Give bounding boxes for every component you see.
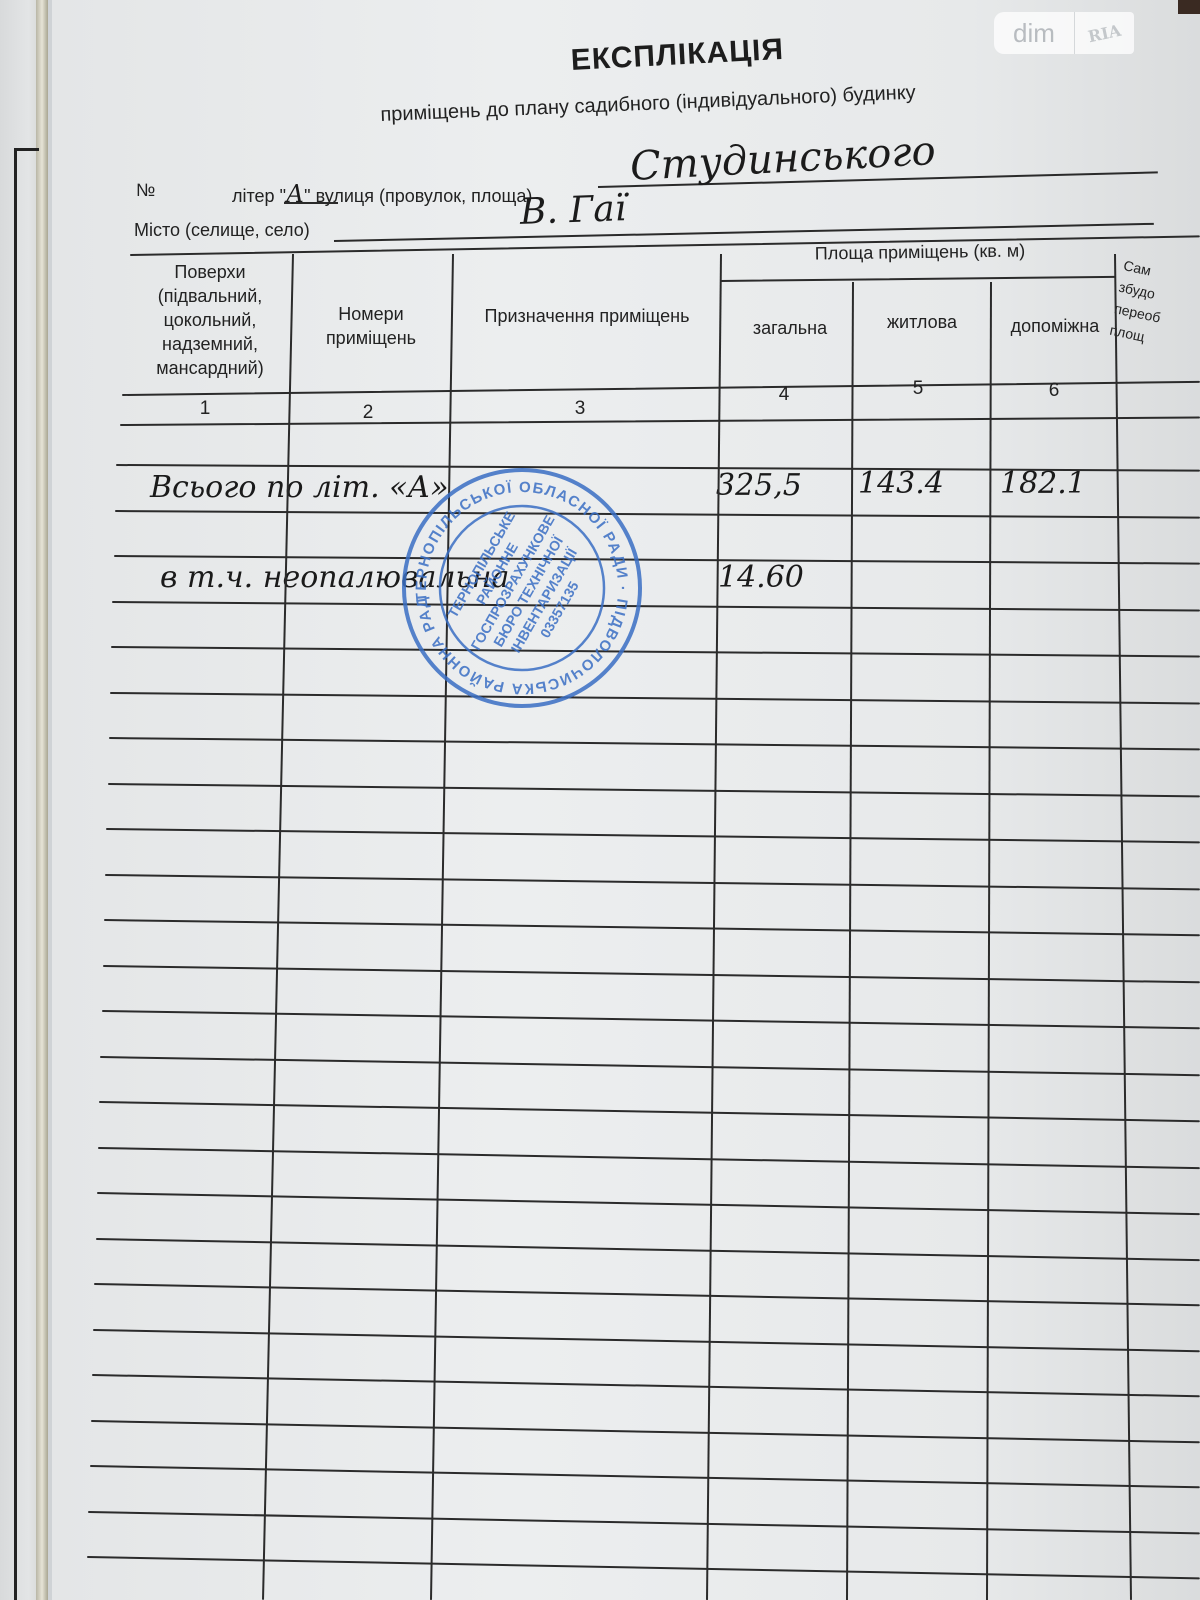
- table-row-line: [90, 1465, 1200, 1488]
- table-row-line: [115, 510, 1200, 519]
- row-unheated-area: 14.60: [718, 560, 804, 595]
- table-row-line: [99, 1101, 1200, 1122]
- header-area-living: житлова: [856, 310, 988, 334]
- row-total-area: 325,5: [716, 468, 802, 503]
- column-divider: [986, 282, 992, 1600]
- column-number: 4: [774, 384, 794, 406]
- column-number: 6: [1044, 380, 1064, 402]
- table-row-line: [87, 1556, 1200, 1579]
- column-divider: [1114, 254, 1132, 1600]
- header-bottom-border: [122, 381, 1200, 396]
- column-number: 5: [908, 378, 928, 400]
- column-number: 3: [570, 398, 590, 420]
- header-room-purpose: Призначення приміщень: [456, 304, 718, 328]
- table-row-line: [93, 1329, 1200, 1352]
- table-row-line: [109, 737, 1200, 750]
- table-row-line: [94, 1283, 1199, 1306]
- header-area-auxiliary: допоміжна: [992, 314, 1118, 338]
- header-room-numbers: Номери приміщень: [296, 302, 446, 350]
- table-row-line: [92, 1374, 1200, 1397]
- table-row-line: [103, 965, 1200, 983]
- header-floors: Поверхи (підвальний, цокольний, надземни…: [140, 260, 280, 380]
- table-row-line: [104, 919, 1200, 936]
- table-row-line: [105, 874, 1200, 890]
- column-divider: [262, 254, 294, 1600]
- column-divider: [430, 254, 454, 1600]
- explication-table: Поверхи (підвальний, цокольний, надземни…: [0, 0, 1200, 1600]
- table-row-line: [110, 692, 1200, 704]
- table-row-line: [98, 1147, 1200, 1169]
- header-extra-truncated: Сам збудо переоб площ: [1108, 254, 1200, 358]
- table-row-line: [88, 1511, 1199, 1534]
- column-number: 1: [195, 398, 215, 420]
- row-total-living: 143.4: [858, 466, 944, 501]
- table-row-line: [97, 1192, 1200, 1215]
- table-row-line: [91, 1420, 1200, 1443]
- table-row-line: [112, 601, 1200, 612]
- row-total-auxiliary: 182.1: [1000, 466, 1086, 501]
- column-divider: [846, 282, 854, 1600]
- header-area-total: загальна: [724, 316, 856, 340]
- table-row-line: [100, 1056, 1199, 1076]
- table-row-line: [106, 828, 1200, 843]
- table-row-line: [96, 1238, 1200, 1261]
- table-row-line: [111, 646, 1200, 658]
- column-number: 2: [358, 402, 378, 424]
- official-stamp: ТЕРНОПІЛЬСЬКОЇ ОБЛАСНОЇ РАДИ · ПІДВОЛОЧИ…: [384, 450, 660, 726]
- table-row-line: [108, 783, 1200, 797]
- table-row-line: [102, 1010, 1200, 1029]
- column-numbers-border: [120, 416, 1200, 426]
- area-group-divider: [720, 276, 1116, 282]
